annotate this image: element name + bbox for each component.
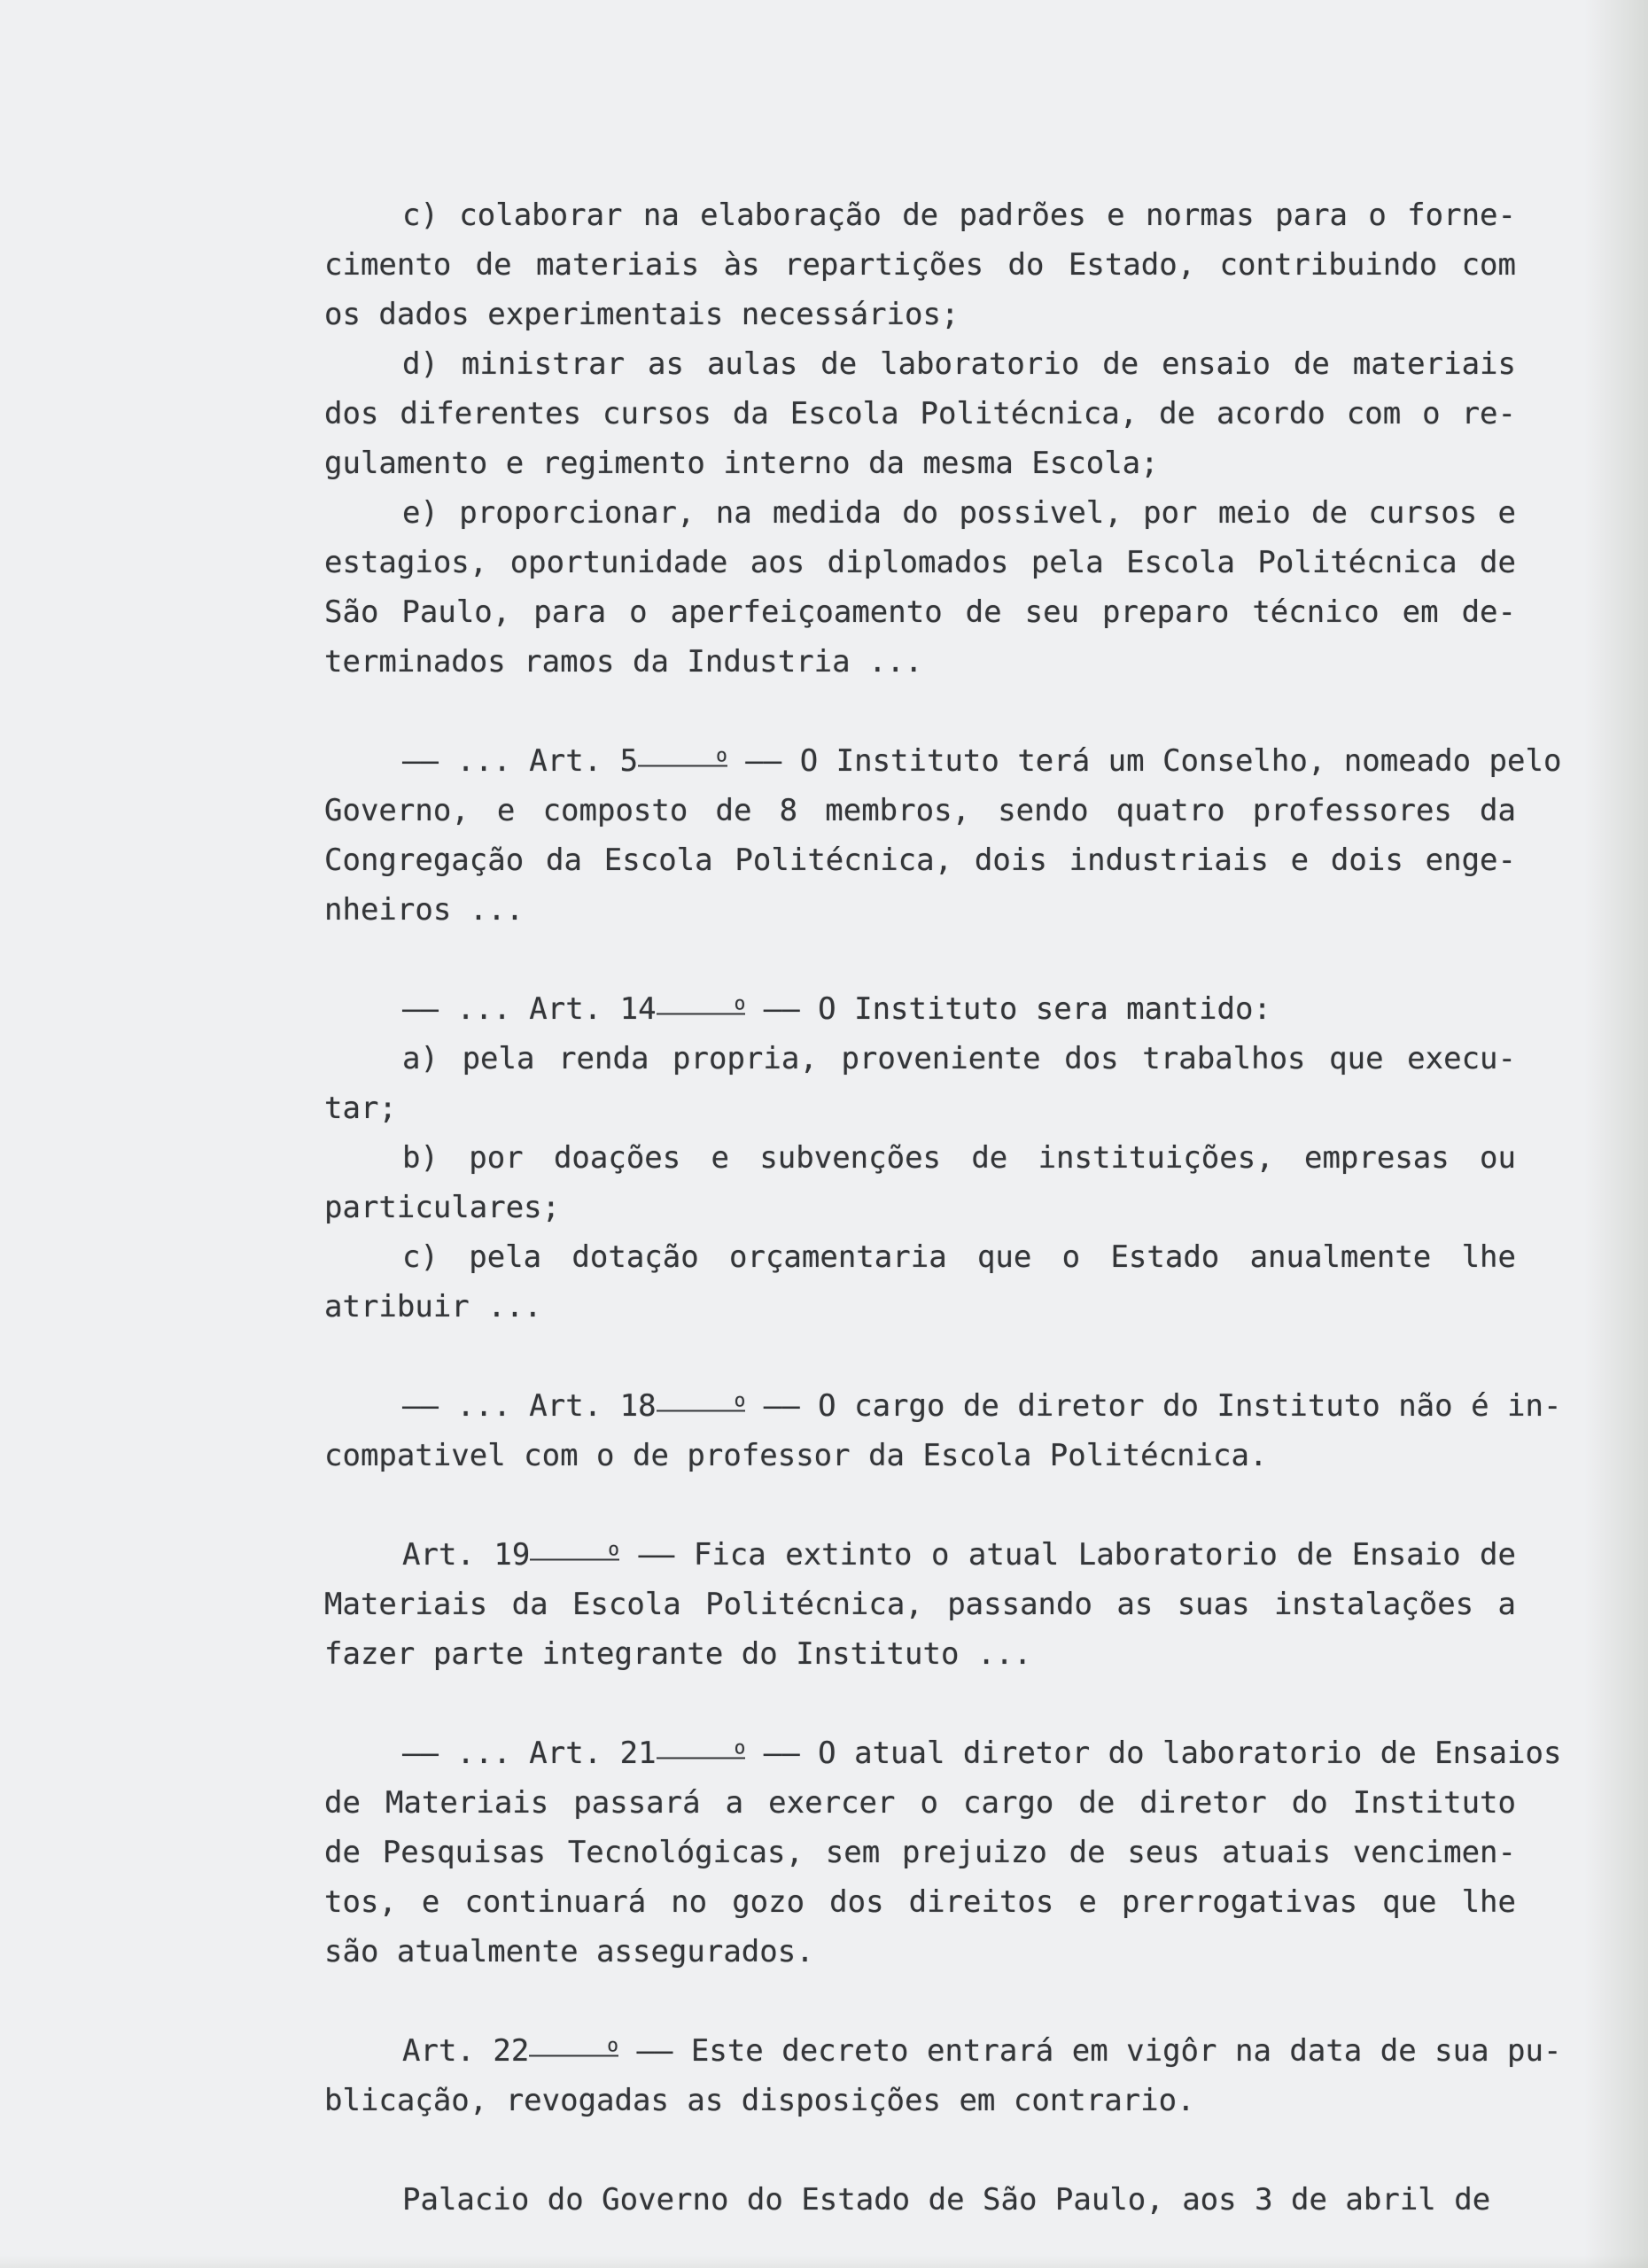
text-line: a) pela renda propria, proveniente dos t… [324, 1034, 1516, 1084]
text-line: Art. 22o —— Este decreto entrará em vigô… [324, 2026, 1516, 2076]
text-line: blicação, revogadas as disposições em co… [324, 2076, 1516, 2125]
paragraph-block: —— ... Art. 5o —— O Instituto terá um Co… [324, 736, 1516, 935]
paragraph-block: Art. 19o —— Fica extinto o atual Laborat… [324, 1530, 1516, 1679]
text-line: nheiros ... [324, 885, 1516, 935]
paragraph: b) por doações e subvenções de instituiç… [324, 1133, 1516, 1232]
text-line: terminados ramos da Industria ... [324, 637, 1516, 687]
paragraph: Palacio do Governo do Estado de São Paul… [324, 2175, 1516, 2225]
paragraph: —— ... Art. 5o —— O Instituto terá um Co… [324, 736, 1516, 935]
text-line: e) proporcionar, na medida do possivel, … [324, 488, 1516, 538]
ordinal-indicator: o [529, 2035, 618, 2056]
paragraph: d) ministrar as aulas de laboratorio de … [324, 339, 1516, 488]
text-line: são atualmente assegurados. [324, 1927, 1516, 1977]
paragraph-block: —— ... Art. 14o —— O Instituto sera mant… [324, 984, 1516, 1332]
paragraph-block: Art. 22o —— Este decreto entrará em vigô… [324, 2026, 1516, 2125]
text-line: d) ministrar as aulas de laboratorio de … [324, 339, 1516, 389]
ordinal-indicator: o [657, 993, 746, 1014]
text-line: Palacio do Governo do Estado de São Paul… [324, 2175, 1516, 2225]
paragraph-block: Palacio do Governo do Estado de São Paul… [324, 2175, 1516, 2225]
paragraph: —— ... Art. 21o —— O atual diretor do la… [324, 1728, 1516, 1977]
text-line: particulares; [324, 1183, 1516, 1232]
text-line: de Pesquisas Tecnológicas, sem prejuizo … [324, 1828, 1516, 1877]
text-line: —— ... Art. 21o —— O atual diretor do la… [324, 1728, 1516, 1778]
paragraph: e) proporcionar, na medida do possivel, … [324, 488, 1516, 687]
text-line: estagios, oportunidade aos diplomados pe… [324, 538, 1516, 587]
text-line: Governo, e composto de 8 membros, sendo … [324, 786, 1516, 835]
paragraph: Art. 19o —— Fica extinto o atual Laborat… [324, 1530, 1516, 1679]
paragraph-block: —— ... Art. 21o —— O atual diretor do la… [324, 1728, 1516, 1977]
text-line: fazer parte integrante do Instituto ... [324, 1629, 1516, 1679]
text-line: cimento de materiais às repartições do E… [324, 240, 1516, 290]
paragraph: —— ... Art. 18o —— O cargo de diretor do… [324, 1381, 1516, 1480]
text-line: Art. 19o —— Fica extinto o atual Laborat… [324, 1530, 1516, 1580]
ordinal-indicator: o [638, 745, 727, 766]
page-bottom-edge-shadow [0, 2256, 1648, 2268]
text-line: Materiais da Escola Politécnica, passand… [324, 1580, 1516, 1629]
text-line: dos diferentes cursos da Escola Politécn… [324, 389, 1516, 439]
text-line: —— ... Art. 14o —— O Instituto sera mant… [324, 984, 1516, 1034]
text-line: os dados experimentais necessários; [324, 290, 1516, 339]
text-line: —— ... Art. 5o —— O Instituto terá um Co… [324, 736, 1516, 786]
text-line: c) pela dotação orçamentaria que o Estad… [324, 1232, 1516, 1282]
text-line: —— ... Art. 18o —— O cargo de diretor do… [324, 1381, 1516, 1431]
text-line: gulamento e regimento interno da mesma E… [324, 439, 1516, 488]
ordinal-indicator: o [530, 1539, 619, 1560]
paragraph: a) pela renda propria, proveniente dos t… [324, 1034, 1516, 1133]
document-page: c) colaborar na elaboração de padrões e … [0, 0, 1648, 2268]
paragraph: c) pela dotação orçamentaria que o Estad… [324, 1232, 1516, 1332]
text-line: b) por doações e subvenções de instituiç… [324, 1133, 1516, 1183]
document-text: c) colaborar na elaboração de padrões e … [324, 190, 1516, 2225]
ordinal-indicator: o [657, 1737, 746, 1759]
page-right-edge-shadow [1584, 0, 1648, 2268]
ordinal-indicator: o [657, 1390, 746, 1411]
text-line: Congregação da Escola Politécnica, dois … [324, 835, 1516, 885]
paragraph: c) colaborar na elaboração de padrões e … [324, 190, 1516, 339]
text-line: tos, e continuará no gozo dos direitos e… [324, 1877, 1516, 1927]
paragraph: Art. 22o —— Este decreto entrará em vigô… [324, 2026, 1516, 2125]
text-line: São Paulo, para o aperfeiçoamento de seu… [324, 587, 1516, 637]
paragraph-block: c) colaborar na elaboração de padrões e … [324, 190, 1516, 687]
text-line: de Materiais passará a exercer o cargo d… [324, 1778, 1516, 1828]
text-line: compativel com o de professor da Escola … [324, 1431, 1516, 1480]
text-line: atribuir ... [324, 1282, 1516, 1332]
text-line: tar; [324, 1084, 1516, 1133]
paragraph: —— ... Art. 14o —— O Instituto sera mant… [324, 984, 1516, 1034]
text-line: c) colaborar na elaboração de padrões e … [324, 190, 1516, 240]
paragraph-block: —— ... Art. 18o —— O cargo de diretor do… [324, 1381, 1516, 1480]
